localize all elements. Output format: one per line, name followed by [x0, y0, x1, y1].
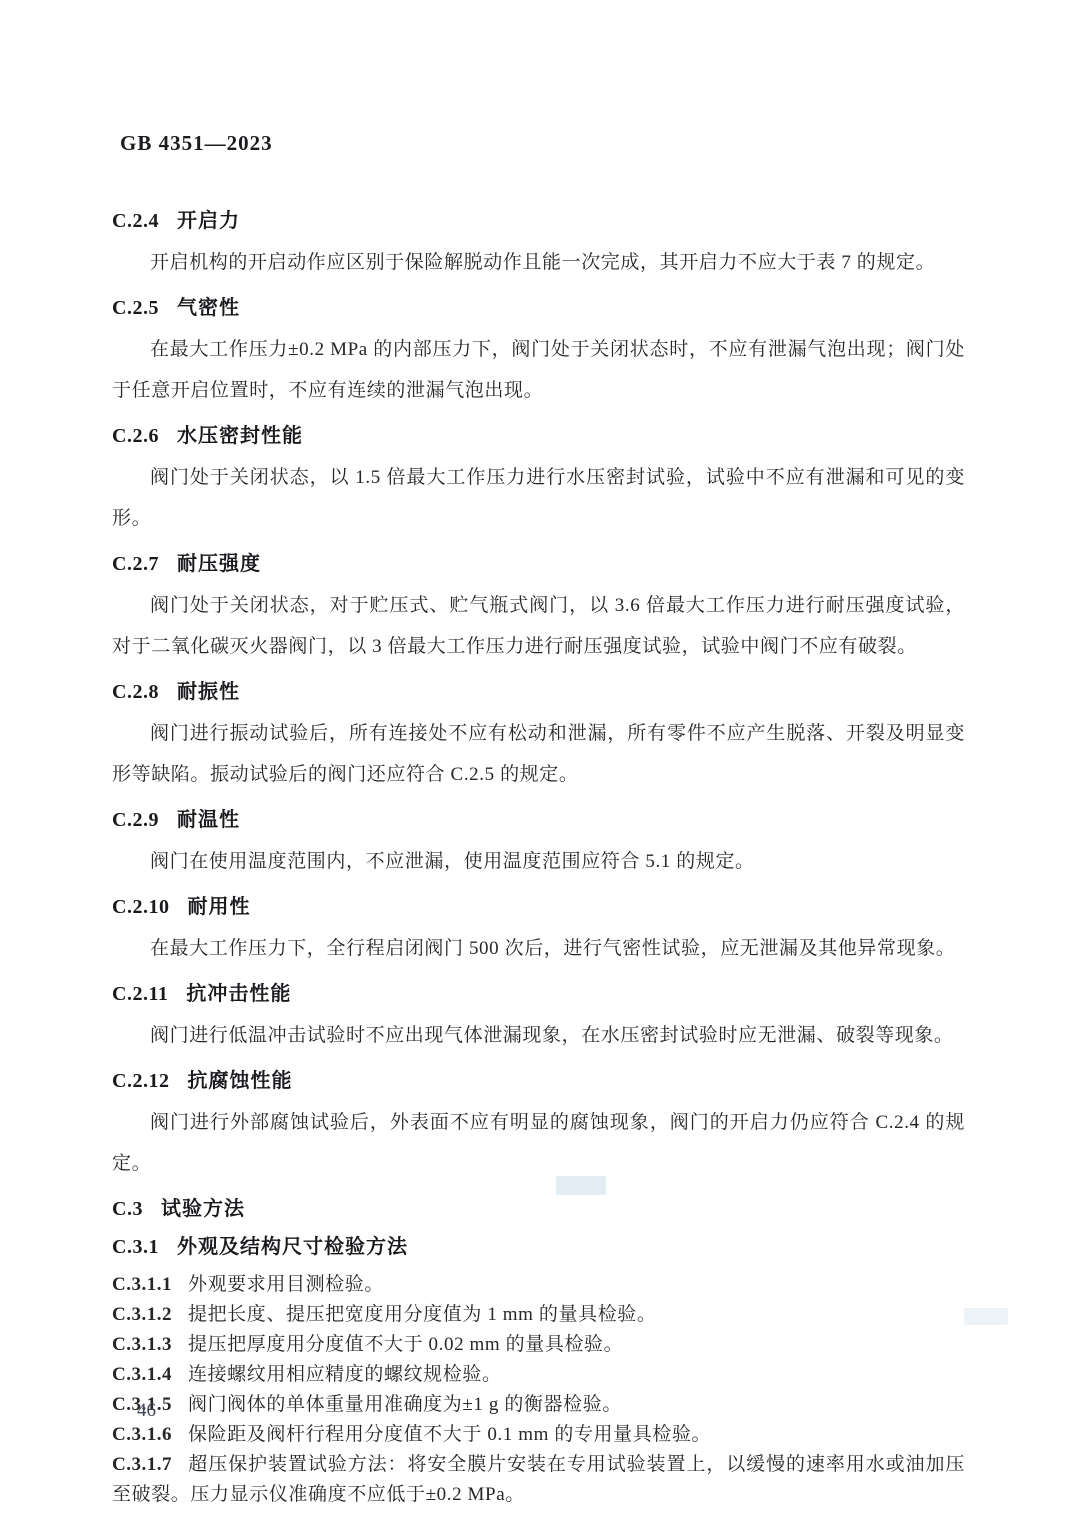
section-number: C.2.12 [112, 1070, 169, 1092]
section-heading-c2-10: C.2.10耐用性 [112, 895, 965, 920]
page-content: C.2.4开启力 开启机构的开启动作应区别于保险解脱动作且能一次完成，其开启力不… [112, 0, 965, 1510]
section-title: 开启力 [177, 210, 240, 232]
page-number: 46 [137, 1400, 156, 1422]
section-title: 水压密封性能 [177, 425, 303, 447]
scan-artifact [964, 1308, 1008, 1325]
section-heading-c2-9: C.2.9耐温性 [112, 808, 965, 833]
section-title: 试验方法 [161, 1198, 245, 1220]
clause-c3-1-2: C.3.1.2提把长度、提压把宽度用分度值为 1 mm 的量具检验。 [112, 1300, 965, 1330]
section-number: C.2.8 [112, 681, 159, 703]
section-title: 耐压强度 [177, 553, 261, 575]
clause-text: 提压把厚度用分度值不大于 0.02 mm 的量具检验。 [188, 1334, 623, 1355]
section-paragraph: 阀门进行外部腐蚀试验后，外表面不应有明显的腐蚀现象，阀门的开启力仍应符合 C.2… [112, 1102, 965, 1184]
section-number: C.2.4 [112, 210, 159, 232]
clause-text: 阀门阀体的单体重量用准确度为±1 g 的衡器检验。 [188, 1394, 622, 1415]
section-heading-c2-5: C.2.5气密性 [112, 296, 965, 321]
clause-number: C.3.1.2 [112, 1304, 172, 1325]
section-number: C.2.6 [112, 425, 159, 447]
document-page: GB 4351—2023 C.2.4开启力 开启机构的开启动作应区别于保险解脱动… [0, 0, 1080, 1528]
section-paragraph: 阀门处于关闭状态，以 1.5 倍最大工作压力进行水压密封试验，试验中不应有泄漏和… [112, 457, 965, 539]
section-heading-c2-12: C.2.12抗腐蚀性能 [112, 1069, 965, 1094]
clause-number: C.3.1.7 [112, 1454, 172, 1475]
section-number: C.3.1 [112, 1236, 159, 1258]
clause-c3-1-5: C.3.1.5阀门阀体的单体重量用准确度为±1 g 的衡器检验。 [112, 1390, 965, 1420]
clause-c3-1-6: C.3.1.6保险距及阀杆行程用分度值不大于 0.1 mm 的专用量具检验。 [112, 1420, 965, 1450]
section-title: 耐用性 [187, 896, 250, 918]
section-paragraph: 阀门进行低温冲击试验时不应出现气体泄漏现象，在水压密封试验时应无泄漏、破裂等现象… [112, 1015, 965, 1056]
section-number: C.2.9 [112, 809, 159, 831]
clause-text: 提把长度、提压把宽度用分度值为 1 mm 的量具检验。 [188, 1304, 657, 1325]
section-heading-c3: C.3试验方法 [112, 1197, 965, 1222]
clause-number: C.3.1.3 [112, 1334, 172, 1355]
section-number: C.2.10 [112, 896, 169, 918]
section-title: 耐振性 [177, 681, 240, 703]
section-paragraph: 在最大工作压力下，全行程启闭阀门 500 次后，进行气密性试验，应无泄漏及其他异… [112, 928, 965, 969]
section-title: 气密性 [177, 297, 240, 319]
section-heading-c2-8: C.2.8耐振性 [112, 680, 965, 705]
section-paragraph: 阀门在使用温度范围内，不应泄漏，使用温度范围应符合 5.1 的规定。 [112, 841, 965, 882]
clause-number: C.3.1.6 [112, 1424, 172, 1445]
clause-c3-1-4: C.3.1.4连接螺纹用相应精度的螺纹规检验。 [112, 1360, 965, 1390]
clause-text: 外观要求用目测检验。 [188, 1274, 384, 1295]
clause-c3-1-3: C.3.1.3提压把厚度用分度值不大于 0.02 mm 的量具检验。 [112, 1330, 965, 1360]
clause-list: C.3.1.1外观要求用目测检验。 C.3.1.2提把长度、提压把宽度用分度值为… [112, 1270, 965, 1510]
section-paragraph: 在最大工作压力±0.2 MPa 的内部压力下，阀门处于关闭状态时，不应有泄漏气泡… [112, 329, 965, 411]
section-heading-c2-6: C.2.6水压密封性能 [112, 424, 965, 449]
clause-text: 超压保护装置试验方法：将安全膜片安装在专用试验装置上，以缓慢的速率用水或油加压至… [112, 1454, 965, 1505]
section-paragraph: 开启机构的开启动作应区别于保险解脱动作且能一次完成，其开启力不应大于表 7 的规… [112, 242, 965, 283]
section-number: C.3 [112, 1198, 143, 1220]
section-paragraph: 阀门处于关闭状态，对于贮压式、贮气瓶式阀门，以 3.6 倍最大工作压力进行耐压强… [112, 585, 965, 667]
section-heading-c3-1: C.3.1外观及结构尺寸检验方法 [112, 1235, 965, 1260]
section-number: C.2.5 [112, 297, 159, 319]
section-number: C.2.11 [112, 983, 168, 1005]
section-number: C.2.7 [112, 553, 159, 575]
section-title: 抗冲击性能 [186, 983, 291, 1005]
clause-text: 保险距及阀杆行程用分度值不大于 0.1 mm 的专用量具检验。 [188, 1424, 711, 1445]
clause-c3-1-1: C.3.1.1外观要求用目测检验。 [112, 1270, 965, 1300]
section-heading-c2-4: C.2.4开启力 [112, 209, 965, 234]
section-heading-c2-7: C.2.7耐压强度 [112, 552, 965, 577]
section-heading-c2-11: C.2.11抗冲击性能 [112, 982, 965, 1007]
clause-c3-1-7: C.3.1.7超压保护装置试验方法：将安全膜片安装在专用试验装置上，以缓慢的速率… [112, 1450, 965, 1510]
section-title: 抗腐蚀性能 [187, 1070, 292, 1092]
section-title: 耐温性 [177, 809, 240, 831]
clause-number: C.3.1.4 [112, 1364, 172, 1385]
section-title: 外观及结构尺寸检验方法 [177, 1236, 408, 1258]
section-paragraph: 阀门进行振动试验后，所有连接处不应有松动和泄漏，所有零件不应产生脱落、开裂及明显… [112, 713, 965, 795]
clause-number: C.3.1.1 [112, 1274, 172, 1295]
clause-text: 连接螺纹用相应精度的螺纹规检验。 [188, 1364, 502, 1385]
